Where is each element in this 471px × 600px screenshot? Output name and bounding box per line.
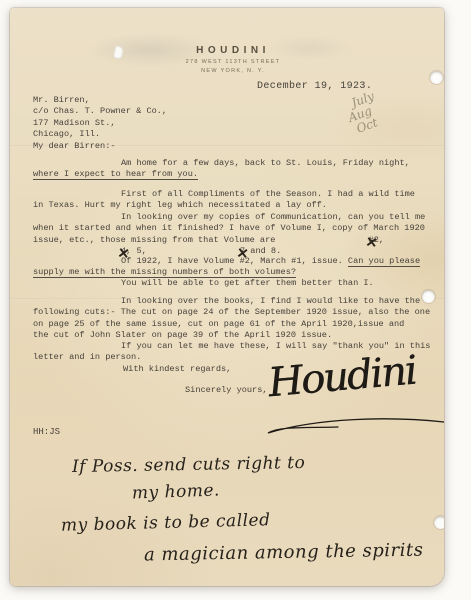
typist-initials: HH:JS bbox=[33, 427, 60, 438]
postscript-line: my home. bbox=[132, 482, 220, 502]
houdini-signature: Houdini bbox=[267, 351, 418, 404]
paragraph-2: First of all Compliments of the Season. … bbox=[33, 189, 444, 212]
punch-hole bbox=[434, 516, 444, 529]
paragraph-text: and 8. bbox=[245, 246, 281, 256]
paragraph-5: You will be able to get after them bette… bbox=[33, 278, 444, 289]
recipient-street: 177 Madison St., bbox=[33, 118, 167, 129]
paragraph-3: In looking over my copies of Communicati… bbox=[33, 212, 444, 257]
underlined-text: where I expect to hear from you. bbox=[33, 169, 198, 180]
recipient-address: Mr. Birren, c/o Chas. T. Powner & Co., 1… bbox=[33, 95, 167, 140]
paragraph-text: Am home for a few days, back to St. Loui… bbox=[121, 158, 410, 168]
paragraph-text: First of all Compliments of the Season. … bbox=[33, 189, 415, 210]
paragraph-text: , bbox=[379, 235, 384, 245]
paragraph-4: Of 1922, I have Volume #2, March #1, iss… bbox=[33, 256, 444, 279]
postscript-line: my book is to be called bbox=[61, 512, 271, 534]
letterhead: HOUDINI 278 WEST 113TH STREET NEW YORK, … bbox=[16, 45, 444, 74]
salutation: My dear Birren:- bbox=[33, 141, 116, 152]
recipient-city: Chicago, Ill. bbox=[33, 129, 167, 140]
postscript-line: a magician among the spirits bbox=[144, 542, 424, 565]
closing-valediction: Sincerely yours, bbox=[185, 385, 268, 396]
paragraph-6: In looking over the books, I find I woul… bbox=[33, 296, 444, 341]
recipient-name: Mr. Birren, bbox=[33, 95, 167, 106]
crossed-out-number: #2✕ bbox=[281, 235, 379, 246]
pencil-annotation: July Aug Oct bbox=[342, 90, 385, 137]
paragraph-text: In looking over the books, I find I woul… bbox=[33, 296, 430, 340]
scan-stage: HOUDINI 278 WEST 113TH STREET NEW YORK, … bbox=[0, 0, 471, 600]
letterhead-name: HOUDINI bbox=[16, 45, 444, 56]
paragraph-1: Am home for a few days, back to St. Loui… bbox=[33, 158, 444, 181]
postscript-line: If Poss. send cuts right to bbox=[72, 455, 306, 476]
closing-regards: With kindest regards, bbox=[123, 364, 231, 375]
letter-paper: HOUDINI 278 WEST 113TH STREET NEW YORK, … bbox=[10, 8, 444, 586]
letterhead-city: NEW YORK, N. Y. bbox=[16, 68, 444, 74]
recipient-co: c/o Chas. T. Powner & Co., bbox=[33, 106, 167, 117]
signature-flourish bbox=[258, 414, 444, 440]
letterhead-street: 278 WEST 113TH STREET bbox=[16, 59, 444, 65]
date-line: December 19, 1923. bbox=[257, 81, 372, 92]
paragraph-text: Of 1922, I have Volume #2, March #1, iss… bbox=[121, 256, 348, 266]
paragraph-text: You will be able to get after them bette… bbox=[121, 278, 374, 288]
